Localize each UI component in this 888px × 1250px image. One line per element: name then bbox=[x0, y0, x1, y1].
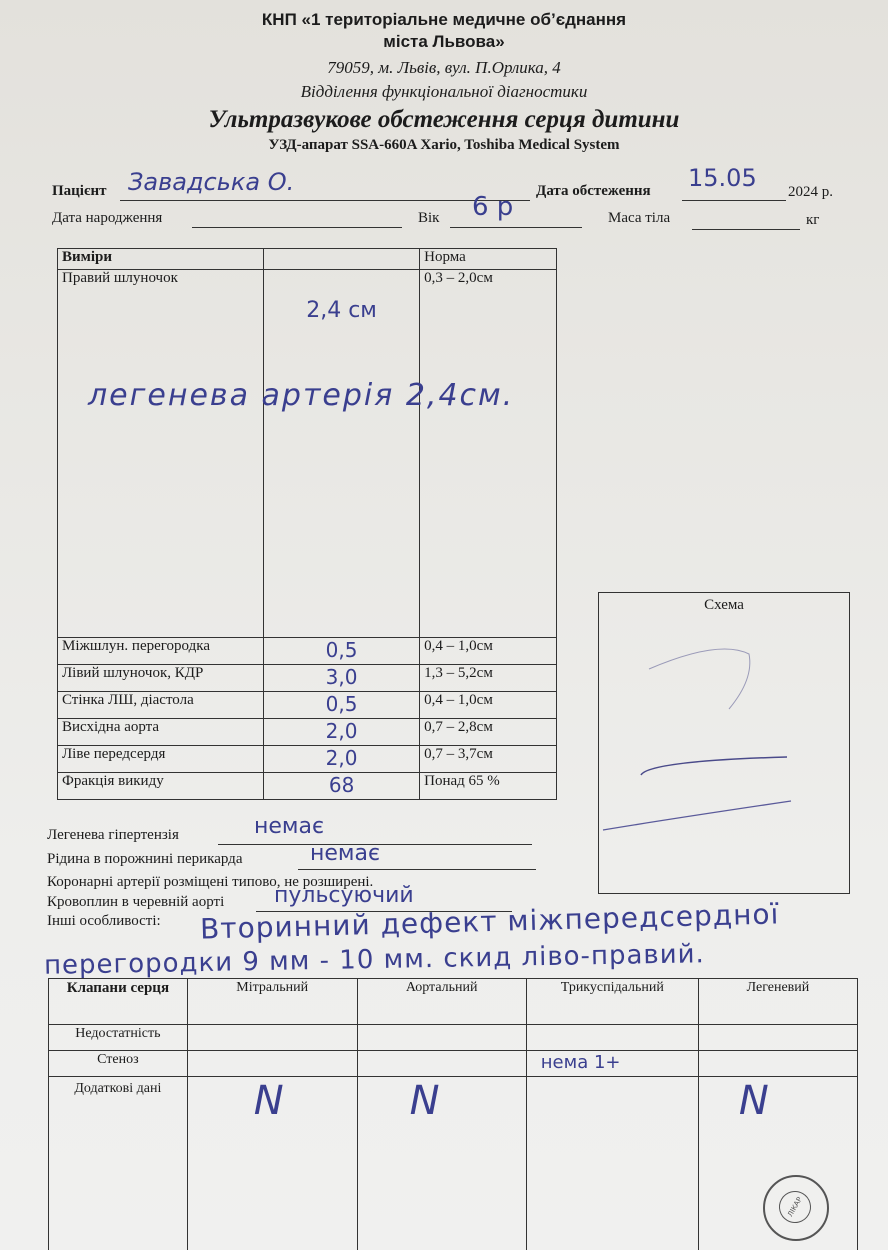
patient-label: Пацієнт bbox=[52, 183, 106, 200]
measure-value[interactable]: 68 bbox=[264, 773, 420, 800]
measure-norm: 0,7 – 2,8см bbox=[420, 719, 557, 746]
pericardial-fluid-label: Рідина в порожнині перикарда bbox=[47, 851, 242, 868]
device-info: УЗД-апарат SSA-660A Xario, Toshiba Medic… bbox=[0, 137, 888, 154]
table-row: Лівий шлуночок, КДР 3,0 1,3 – 5,2см bbox=[58, 665, 557, 692]
exam-year: 2024 р. bbox=[788, 184, 833, 201]
patient-value: Завадська О. bbox=[128, 168, 294, 196]
table-row: Стінка ЛШ, діастола 0,5 0,4 – 1,0см bbox=[58, 692, 557, 719]
measure-value[interactable]: 0,5 bbox=[264, 692, 420, 719]
table-row: Недостатність bbox=[49, 1025, 858, 1051]
measure-value: 2,4 см bbox=[268, 298, 415, 323]
measure-value[interactable]: 0,5 bbox=[264, 638, 420, 665]
org-name-line1: КНП «1 територіальне медичне об’єднання bbox=[0, 10, 888, 30]
measure-name: Міжшлун. перегородка bbox=[58, 638, 264, 665]
measure-norm: 0,4 – 1,0см bbox=[420, 692, 557, 719]
document-title: Ультразвукове обстеження серця дитини bbox=[0, 106, 888, 134]
stamp-inner: ЛІКАР bbox=[773, 1185, 817, 1229]
table-row: Правий шлуночок 2,4 см 0,3 – 2,0см bbox=[58, 270, 557, 638]
measure-name: Фракція викиду bbox=[58, 773, 264, 800]
table-row: Висхідна аорта 2,0 0,7 – 2,8см bbox=[58, 719, 557, 746]
measurements-table: Виміри Норма Правий шлуночок 2,4 см 0,3 … bbox=[57, 248, 557, 800]
measure-name: Висхідна аорта bbox=[58, 719, 264, 746]
address: 79059, м. Львів, вул. П.Орлика, 4 bbox=[0, 58, 888, 78]
table-row: Додаткові дані N N N bbox=[49, 1077, 858, 1250]
pericardial-fluid-field[interactable]: немає bbox=[298, 851, 536, 870]
measure-name: Лівий шлуночок, КДР bbox=[58, 665, 264, 692]
valve-cell[interactable] bbox=[187, 1051, 357, 1077]
measure-name: Стінка ЛШ, діастола bbox=[58, 692, 264, 719]
measure-value[interactable]: 2,0 bbox=[264, 746, 420, 773]
measure-value-cell[interactable]: 2,4 см bbox=[264, 270, 420, 638]
valves-header-label: Клапани серця bbox=[49, 979, 188, 1025]
table-row: Стеноз нема 1+ bbox=[49, 1051, 858, 1077]
measure-value[interactable]: 2,0 bbox=[264, 719, 420, 746]
valve-cell[interactable] bbox=[698, 1025, 857, 1051]
age-field[interactable]: 6 р bbox=[450, 210, 582, 228]
org-name-line2: міста Львова» bbox=[0, 32, 888, 52]
scheme-label: Схема bbox=[599, 597, 849, 614]
exam-date-field[interactable]: 15.05 bbox=[682, 178, 786, 201]
weight-field[interactable] bbox=[692, 212, 800, 230]
table-row: Міжшлун. перегородка 0,5 0,4 – 1,0см bbox=[58, 638, 557, 665]
exam-date-value: 15.05 bbox=[688, 164, 757, 192]
valve-col-aortic: Аортальний bbox=[357, 979, 526, 1025]
valve-cell[interactable] bbox=[357, 1051, 526, 1077]
valve-cell[interactable]: N bbox=[357, 1077, 526, 1250]
measure-name: Правий шлуночок bbox=[58, 270, 264, 638]
pulm-hypertension-value: немає bbox=[254, 814, 324, 839]
scheme-drawing bbox=[599, 619, 849, 889]
measure-name: Ліве передсердя bbox=[58, 746, 264, 773]
valve-cell[interactable]: нема 1+ bbox=[526, 1051, 698, 1077]
valve-row-label: Додаткові дані bbox=[49, 1077, 188, 1250]
valve-col-pulmonary: Легеневий bbox=[698, 979, 857, 1025]
valve-col-mitral: Мітральний bbox=[187, 979, 357, 1025]
weight-unit: кг bbox=[806, 212, 819, 229]
valve-row-label: Недостатність bbox=[49, 1025, 188, 1051]
valve-col-tricuspid: Трикуспідальний bbox=[526, 979, 698, 1025]
handwritten-note: легенева артерія 2,4см. bbox=[88, 378, 514, 413]
patient-field[interactable]: Завадська О. bbox=[120, 178, 530, 201]
measure-norm: 0,4 – 1,0см bbox=[420, 638, 557, 665]
department: Відділення функціональної діагностики bbox=[0, 82, 888, 102]
pulm-hypertension-label: Легенева гіпертензія bbox=[47, 827, 179, 844]
scheme-box[interactable]: Схема bbox=[598, 592, 850, 894]
other-features-label: Інші особливості: bbox=[47, 913, 161, 930]
col-value bbox=[264, 249, 420, 270]
measure-value[interactable]: 3,0 bbox=[264, 665, 420, 692]
valve-row-label: Стеноз bbox=[49, 1051, 188, 1077]
age-value: 6 р bbox=[472, 192, 513, 222]
valve-cell[interactable] bbox=[526, 1025, 698, 1051]
pericardial-fluid-value: немає bbox=[310, 841, 380, 866]
valve-cell[interactable] bbox=[526, 1077, 698, 1250]
valve-cell[interactable] bbox=[698, 1051, 857, 1077]
abdominal-aorta-value: пульсуючий bbox=[274, 883, 414, 908]
birth-date-field[interactable] bbox=[192, 210, 402, 228]
birth-date-label: Дата народження bbox=[52, 210, 162, 227]
table-row: Ліве передсердя 2,0 0,7 – 3,7см bbox=[58, 746, 557, 773]
valves-table: Клапани серця Мітральний Аортальний Трик… bbox=[48, 978, 858, 1250]
weight-label: Маса тіла bbox=[608, 210, 670, 227]
measure-norm: 0,7 – 3,7см bbox=[420, 746, 557, 773]
measure-norm: Понад 65 % bbox=[420, 773, 557, 800]
col-norm: Норма bbox=[420, 249, 557, 270]
valve-cell[interactable] bbox=[357, 1025, 526, 1051]
age-label: Вік bbox=[418, 210, 439, 227]
valves-header-row: Клапани серця Мітральний Аортальний Трик… bbox=[49, 979, 858, 1025]
measure-norm: 1,3 – 5,2см bbox=[420, 665, 557, 692]
valve-cell[interactable] bbox=[187, 1025, 357, 1051]
valve-cell[interactable]: N bbox=[187, 1077, 357, 1250]
table-row: Фракція викиду 68 Понад 65 % bbox=[58, 773, 557, 800]
measurements-header-row: Виміри Норма bbox=[58, 249, 557, 270]
doctor-stamp: ЛІКАР СОРОЧУК ОКСАНА СТЕПАНІВНА bbox=[763, 1175, 829, 1241]
exam-date-label: Дата обстеження bbox=[536, 183, 651, 200]
measure-norm: 0,3 – 2,0см bbox=[420, 270, 557, 638]
other-features-line2: перегородки 9 мм - 10 мм. скид ліво-прав… bbox=[44, 939, 705, 981]
abdominal-aorta-label: Кровоплин в черевній аорті bbox=[47, 894, 224, 911]
col-measurements: Виміри bbox=[58, 249, 264, 270]
